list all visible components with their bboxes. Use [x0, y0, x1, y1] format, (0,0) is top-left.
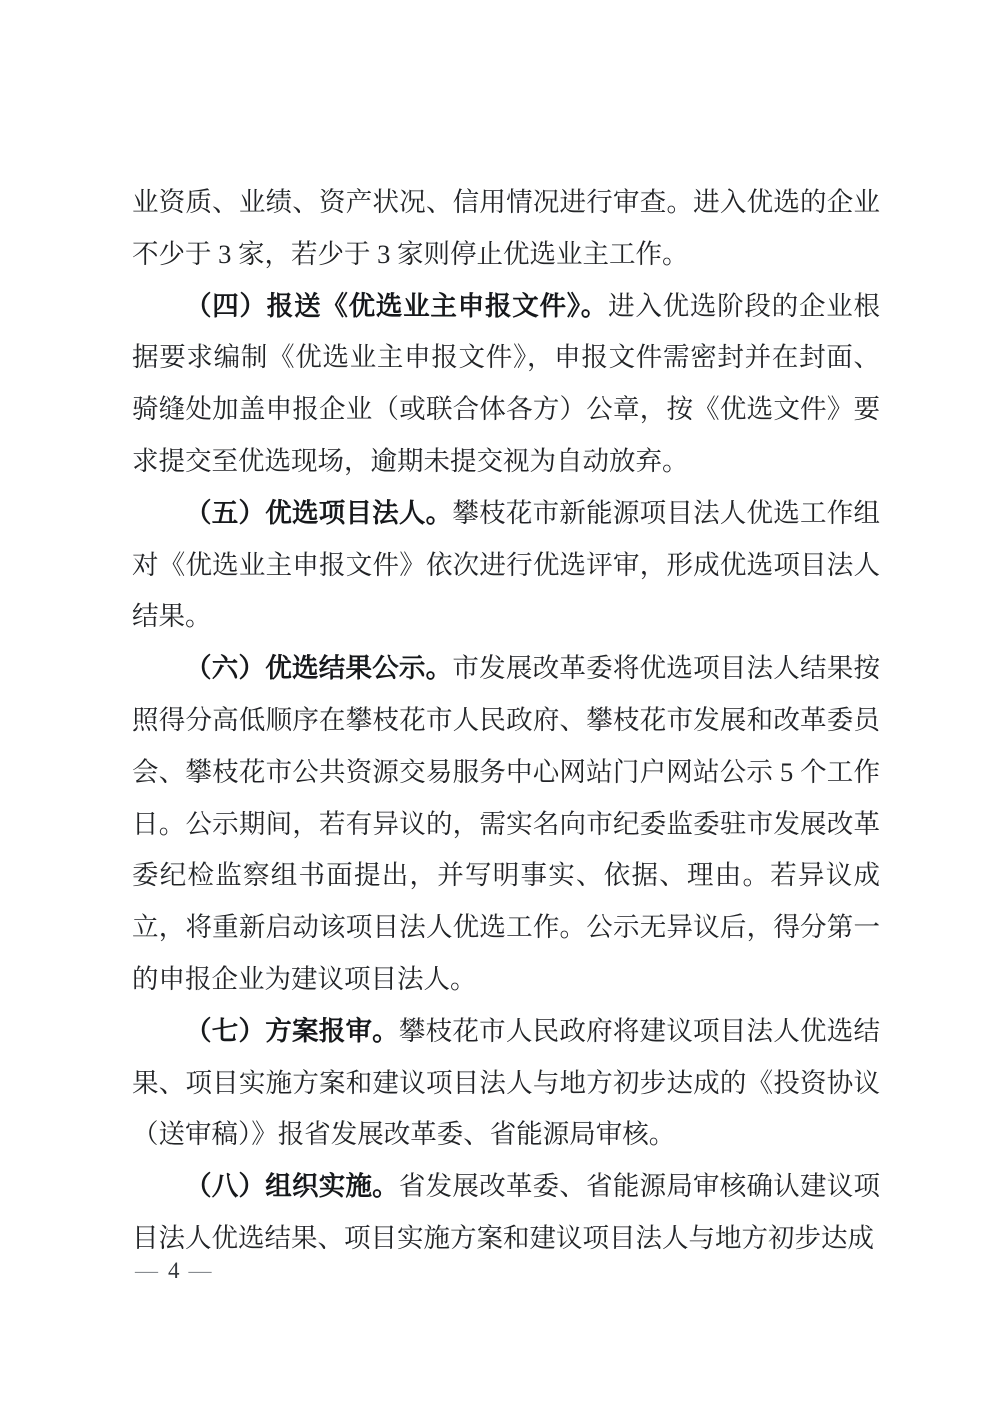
paragraph: （五）优选项目法人。攀枝花市新能源项目法人优选工作组对《优选业主申报文件》依次进…: [132, 488, 880, 643]
paragraph-text: 市发展改革委将优选项目法人结果按照得分高低顺序在攀枝花市人民政府、攀枝花市发展和…: [132, 653, 880, 994]
paragraph: （六）优选结果公示。市发展改革委将优选项目法人结果按照得分高低顺序在攀枝花市人民…: [132, 643, 880, 1006]
paragraph-heading: （八）组织实施。: [185, 1171, 399, 1201]
paragraph: （七）方案报审。攀枝花市人民政府将建议项目法人优选结果、项目实施方案和建议项目法…: [132, 1006, 880, 1161]
paragraph: 业资质、业绩、资产状况、信用情况进行审查。进入优选的企业不少于 3 家，若少于 …: [132, 177, 880, 281]
paragraph-heading: （四）报送《优选业主申报文件》。: [185, 291, 608, 321]
paragraph-heading: （六）优选结果公示。: [185, 653, 452, 683]
paragraph: （八）组织实施。省发展改革委、省能源局审核确认建议项目法人优选结果、项目实施方案…: [132, 1161, 880, 1265]
footer-dash-left: —: [135, 1258, 159, 1283]
paragraph: （四）报送《优选业主申报文件》。进入优选阶段的企业根据要求编制《优选业主申报文件…: [132, 281, 880, 488]
document-page: 业资质、业绩、资产状况、信用情况进行审查。进入优选的企业不少于 3 家，若少于 …: [0, 0, 1000, 1414]
paragraph-heading: （七）方案报审。: [185, 1016, 399, 1046]
text-block: 业资质、业绩、资产状况、信用情况进行审查。进入优选的企业不少于 3 家，若少于 …: [132, 177, 880, 1265]
page-footer: —4—: [135, 1256, 213, 1286]
paragraph-text: 业资质、业绩、资产状况、信用情况进行审查。进入优选的企业不少于 3 家，若少于 …: [132, 187, 880, 269]
page-number: 4: [159, 1258, 189, 1283]
footer-dash-right: —: [189, 1258, 213, 1283]
paragraph-heading: （五）优选项目法人。: [185, 498, 452, 528]
